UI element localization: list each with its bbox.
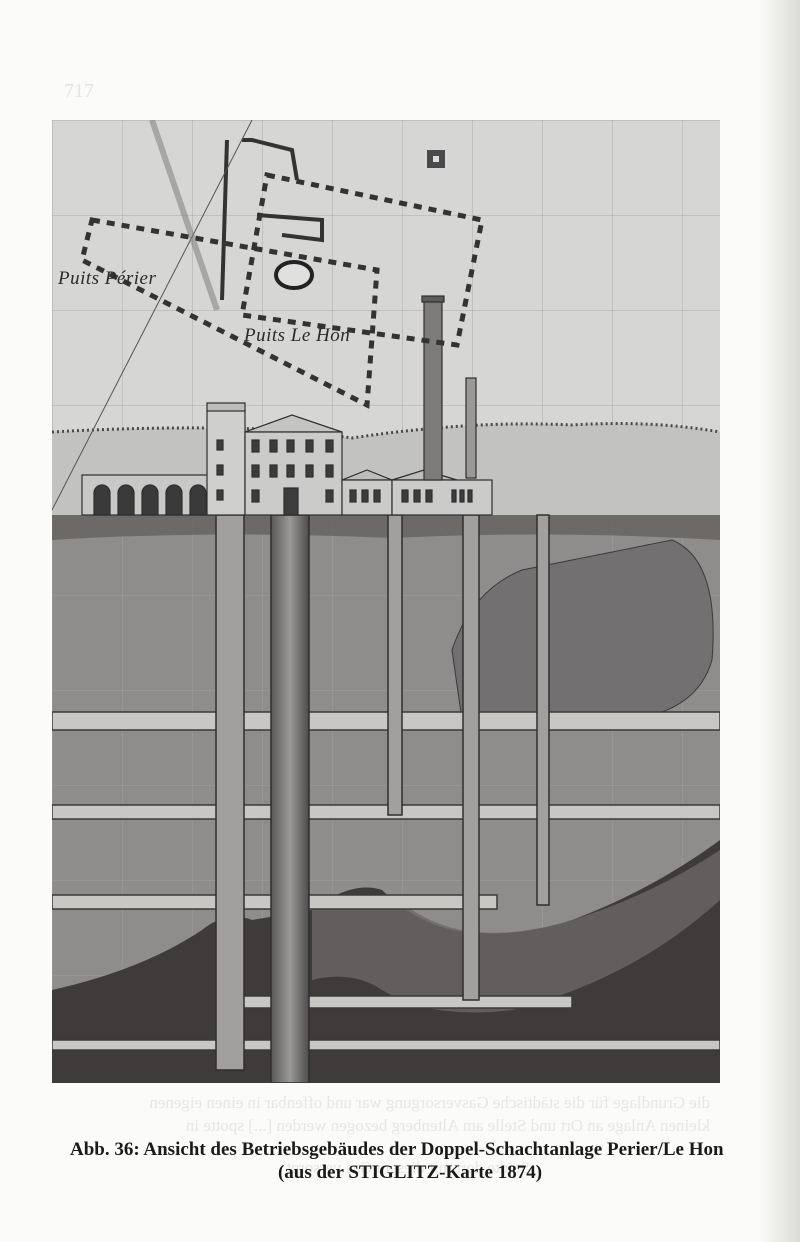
label-puits-lehon: Puits Le Hon — [244, 325, 350, 347]
page-number-show-through: 717 — [64, 80, 94, 103]
caption-line-1: Abb. 36: Ansicht des Betriebsgebäudes de… — [50, 1138, 770, 1161]
figure-mine-drawing: Puits Périer Puits Le Hon — [52, 120, 720, 1083]
show-through-text: kleinen Anlage an Ort und Stelle am Alte… — [100, 1116, 710, 1136]
caption-line-2: (aus der STIGLITZ-Karte 1874) — [50, 1161, 770, 1184]
show-through-text: die Grundlage für die städtische Gasvers… — [100, 1093, 710, 1113]
label-puits-perier: Puits Périer — [58, 268, 156, 290]
page-edge-shadow — [760, 0, 800, 1242]
mine-illustration — [52, 120, 720, 1083]
figure-caption: Abb. 36: Ansicht des Betriebsgebäudes de… — [50, 1138, 770, 1184]
